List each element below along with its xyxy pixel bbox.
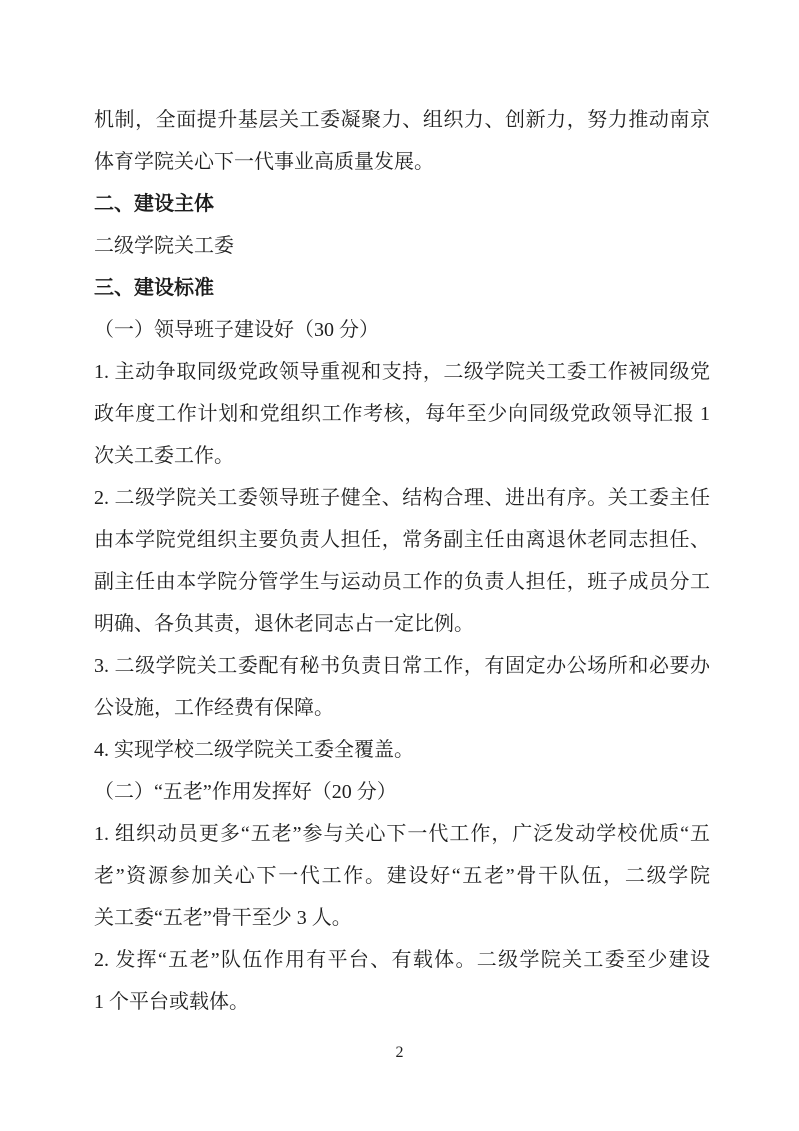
text-line: 次关工委工作。	[94, 435, 710, 477]
paragraph: 二、建设主体	[94, 183, 710, 225]
paragraph: 2. 发挥“五老”队伍作用有平台、有载体。二级学院关工委至少建设 1 个平台或载…	[94, 939, 710, 1023]
paragraph: 2. 二级学院关工委领导班子健全、结构合理、进出有序。关工委主任 由本学院党组织…	[94, 477, 710, 645]
paragraph: 1. 主动争取同级党政领导重视和支持，二级学院关工委工作被同级党 政年度工作计划…	[94, 351, 710, 477]
text-line: 二级学院关工委	[94, 225, 710, 267]
text-line: 1. 组织动员更多“五老”参与关心下一代工作，广泛发动学校优质“五	[94, 813, 710, 855]
paragraph: 1. 组织动员更多“五老”参与关心下一代工作，广泛发动学校优质“五 老”资源参加…	[94, 813, 710, 939]
text-line: 体育学院关心下一代事业高质量发展。	[94, 141, 710, 183]
text-line: 3. 二级学院关工委配有秘书负责日常工作，有固定办公场所和必要办	[94, 645, 710, 687]
paragraph: （一）领导班子建设好（30 分）	[94, 309, 710, 351]
text-line: 明确、各负其责，退休老同志占一定比例。	[94, 603, 710, 645]
subsection-heading: （一）领导班子建设好（30 分）	[94, 309, 710, 351]
text-line: 1. 主动争取同级党政领导重视和支持，二级学院关工委工作被同级党	[94, 351, 710, 393]
text-line: 副主任由本学院分管学生与运动员工作的负责人担任，班子成员分工	[94, 561, 710, 603]
text-line: 2. 发挥“五老”队伍作用有平台、有载体。二级学院关工委至少建设	[94, 939, 710, 981]
subsection-heading: （二）“五老”作用发挥好（20 分）	[94, 771, 710, 813]
paragraph: （二）“五老”作用发挥好（20 分）	[94, 771, 710, 813]
text-line: 4. 实现学校二级学院关工委全覆盖。	[94, 729, 710, 771]
section-heading: 三、建设标准	[94, 267, 710, 309]
paragraph: 3. 二级学院关工委配有秘书负责日常工作，有固定办公场所和必要办 公设施，工作经…	[94, 645, 710, 729]
text-line: 2. 二级学院关工委领导班子健全、结构合理、进出有序。关工委主任	[94, 477, 710, 519]
paragraph: 4. 实现学校二级学院关工委全覆盖。	[94, 729, 710, 771]
paragraph: 机制，全面提升基层关工委凝聚力、组织力、创新力，努力推动南京 体育学院关心下一代…	[94, 99, 710, 183]
text-line: 由本学院党组织主要负责人担任，常务副主任由离退休老同志担任、	[94, 519, 710, 561]
text-line: 老”资源参加关心下一代工作。建设好“五老”骨干队伍，二级学院	[94, 855, 710, 897]
paragraph: 二级学院关工委	[94, 225, 710, 267]
text-line: 1 个平台或载体。	[94, 981, 710, 1023]
paragraph: 三、建设标准	[94, 267, 710, 309]
document-page: 机制，全面提升基层关工委凝聚力、组织力、创新力，努力推动南京 体育学院关心下一代…	[0, 0, 799, 1131]
text-line: 关工委“五老”骨干至少 3 人。	[94, 897, 710, 939]
text-line: 机制，全面提升基层关工委凝聚力、组织力、创新力，努力推动南京	[94, 99, 710, 141]
text-line: 政年度工作计划和党组织工作考核，每年至少向同级党政领导汇报 1	[94, 393, 710, 435]
section-heading: 二、建设主体	[94, 183, 710, 225]
text-block: 机制，全面提升基层关工委凝聚力、组织力、创新力，努力推动南京 体育学院关心下一代…	[94, 99, 710, 1023]
text-line: 公设施，工作经费有保障。	[94, 687, 710, 729]
page-number: 2	[0, 1042, 799, 1064]
